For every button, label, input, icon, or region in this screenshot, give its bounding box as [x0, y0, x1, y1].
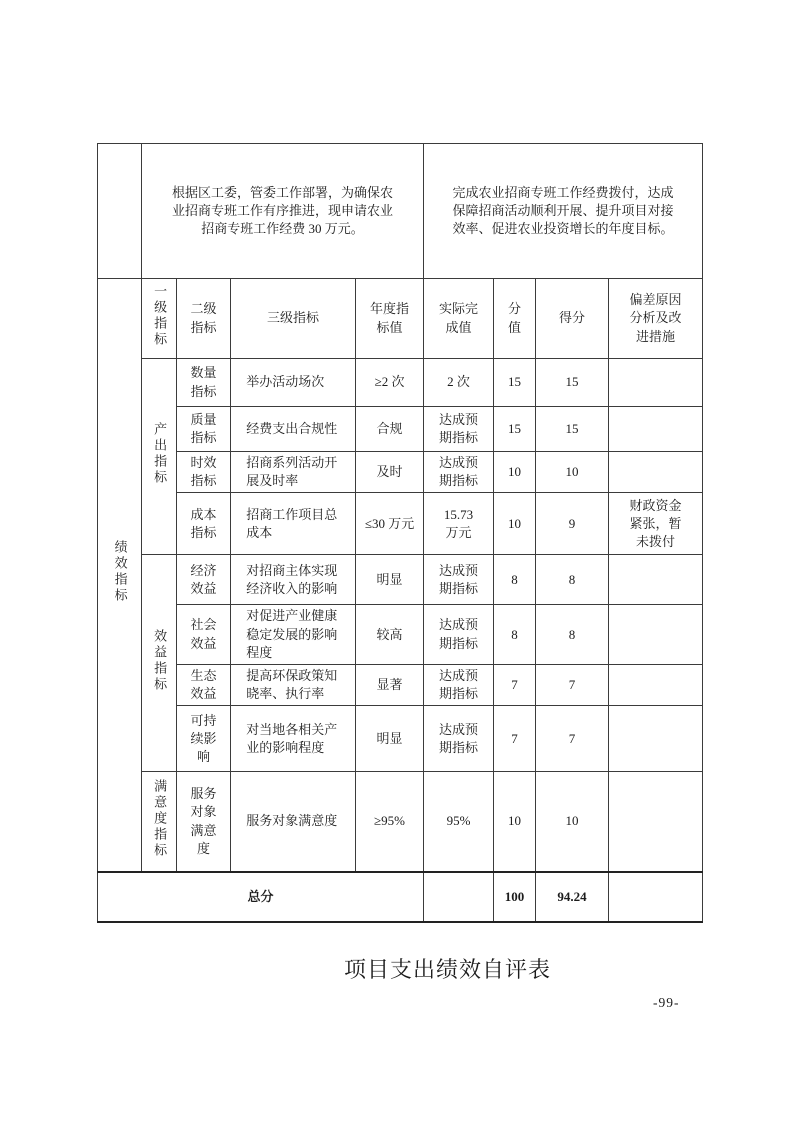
level3-cell: 提高环保政策知晓率、执行率: [231, 664, 356, 705]
actual-cell: 达成预期指标: [424, 555, 494, 605]
annual-goal-text: 完成农业招商专班工作经费拨付，达成保障招商活动顺利开展、提升项目对接效率、促进农…: [451, 184, 675, 239]
level3-cell: 招商系列活动开展及时率: [231, 452, 356, 493]
target-cell: ≤30 万元: [356, 493, 424, 555]
actual-cell: 达成预期指标: [424, 407, 494, 452]
indicator-row: 产出指标 数量指标 举办活动场次 ≥2 次 2 次 15 15: [98, 359, 703, 407]
total-actual-cell: [424, 872, 494, 922]
summary-left-spacer-cell: [98, 144, 142, 279]
target-cell: 显著: [356, 664, 424, 705]
score-cell: 10: [536, 772, 609, 872]
level3-cell: 对促进产业健康稳定发展的影响程度: [231, 605, 356, 665]
total-points-cell: 100: [494, 872, 536, 922]
deviation-cell: [609, 605, 703, 665]
points-cell: 8: [494, 555, 536, 605]
level2-cell: 生态效益: [177, 664, 231, 705]
points-cell: 10: [494, 452, 536, 493]
score-cell: 9: [536, 493, 609, 555]
level2-cell: 经济效益: [177, 555, 231, 605]
header-actual-completion: 实际完成值: [424, 279, 494, 359]
level2-cell: 数量指标: [177, 359, 231, 407]
level2-cell: 成本指标: [177, 493, 231, 555]
level3-cell: 对当地各相关产业的影响程度: [231, 706, 356, 772]
level2-cell: 服务对象满意度: [177, 772, 231, 872]
level3-cell: 举办活动场次: [231, 359, 356, 407]
header-level2: 二级指标: [177, 279, 231, 359]
target-cell: 较高: [356, 605, 424, 665]
deviation-cell: [609, 664, 703, 705]
summary-row: 根据区工委，管委工作部署，为确保农业招商专班工作有序推进，现申请农业招商专班工作…: [98, 144, 703, 279]
target-cell: ≥95%: [356, 772, 424, 872]
group-label-cell-benefit: 效益指标: [142, 555, 177, 772]
actual-cell: 95%: [424, 772, 494, 872]
indicator-row: 生态效益 提高环保政策知晓率、执行率 显著 达成预期指标 7 7: [98, 664, 703, 705]
deviation-cell: [609, 555, 703, 605]
project-overview-text: 根据区工委，管委工作部署，为确保农业招商专班工作有序推进，现申请农业招商专班工作…: [171, 184, 395, 239]
indicator-row: 满意度指标 服务对象满意度 服务对象满意度 ≥95% 95% 10 10: [98, 772, 703, 872]
performance-indicator-label-cell: 绩效指标: [98, 279, 142, 872]
deviation-cell: 财政资金紧张，暂未拨付: [609, 493, 703, 555]
score-cell: 8: [536, 555, 609, 605]
project-overview-cell: 根据区工委，管委工作部署，为确保农业招商专班工作有序推进，现申请农业招商专班工作…: [142, 144, 424, 279]
points-cell: 7: [494, 706, 536, 772]
header-annual-target: 年度指标值: [356, 279, 424, 359]
indicator-row: 时效指标 招商系列活动开展及时率 及时 达成预期指标 10 10: [98, 452, 703, 493]
actual-cell: 15.73 万元: [424, 493, 494, 555]
deviation-cell: [609, 359, 703, 407]
annual-goal-cell: 完成农业招商专班工作经费拨付，达成保障招商活动顺利开展、提升项目对接效率、促进农…: [424, 144, 703, 279]
level3-cell: 服务对象满意度: [231, 772, 356, 872]
indicator-row: 可持续影响 对当地各相关产业的影响程度 明显 达成预期指标 7 7: [98, 706, 703, 772]
total-deviation-cell: [609, 872, 703, 922]
total-label-cell: 总分: [98, 872, 424, 922]
performance-evaluation-table: 根据区工委，管委工作部署，为确保农业招商专班工作有序推进，现申请农业招商专班工作…: [97, 143, 703, 923]
actual-cell: 2 次: [424, 359, 494, 407]
points-cell: 10: [494, 772, 536, 872]
group-label-cell-satisfaction: 满意度指标: [142, 772, 177, 872]
page-title: 项目支出绩效自评表: [344, 953, 551, 984]
header-deviation: 偏差原因分析及改进措施: [609, 279, 703, 359]
points-cell: 15: [494, 359, 536, 407]
header-score: 得分: [536, 279, 609, 359]
deviation-cell: [609, 772, 703, 872]
level3-cell: 经费支出合规性: [231, 407, 356, 452]
target-cell: ≥2 次: [356, 359, 424, 407]
score-cell: 10: [536, 452, 609, 493]
indicator-row: 社会效益 对促进产业健康稳定发展的影响程度 较高 达成预期指标 8 8: [98, 605, 703, 665]
indicator-row: 效益指标 经济效益 对招商主体实现经济收入的影响 明显 达成预期指标 8 8: [98, 555, 703, 605]
evaluation-table-wrapper: 根据区工委，管委工作部署，为确保农业招商专班工作有序推进，现申请农业招商专班工作…: [97, 143, 703, 923]
level3-cell: 招商工作项目总成本: [231, 493, 356, 555]
header-points: 分值: [494, 279, 536, 359]
level2-cell: 可持续影响: [177, 706, 231, 772]
performance-indicator-label: 绩效指标: [110, 540, 128, 604]
group-label-cell-output: 产出指标: [142, 359, 177, 555]
score-cell: 7: [536, 706, 609, 772]
page-number: -99-: [653, 995, 680, 1011]
score-cell: 7: [536, 664, 609, 705]
score-cell: 8: [536, 605, 609, 665]
score-cell: 15: [536, 359, 609, 407]
actual-cell: 达成预期指标: [424, 706, 494, 772]
actual-cell: 达成预期指标: [424, 605, 494, 665]
score-cell: 15: [536, 407, 609, 452]
level2-cell: 时效指标: [177, 452, 231, 493]
actual-cell: 达成预期指标: [424, 452, 494, 493]
header-level1: 一级指标: [142, 279, 177, 359]
indicator-row: 质量指标 经费支出合规性 合规 达成预期指标 15 15: [98, 407, 703, 452]
document-page: 根据区工委，管委工作部署，为确保农业招商专班工作有序推进，现申请农业招商专班工作…: [0, 0, 794, 1122]
total-row: 总分 100 94.24: [98, 872, 703, 922]
target-cell: 明显: [356, 706, 424, 772]
points-cell: 10: [494, 493, 536, 555]
target-cell: 及时: [356, 452, 424, 493]
deviation-cell: [609, 452, 703, 493]
points-cell: 15: [494, 407, 536, 452]
deviation-cell: [609, 407, 703, 452]
header-row: 绩效指标 一级指标 二级指标 三级指标 年度指标值 实际完成值: [98, 279, 703, 359]
indicator-row: 成本指标 招商工作项目总成本 ≤30 万元 15.73 万元 10 9 财政资金…: [98, 493, 703, 555]
level3-cell: 对招商主体实现经济收入的影响: [231, 555, 356, 605]
header-level3: 三级指标: [231, 279, 356, 359]
level2-cell: 社会效益: [177, 605, 231, 665]
deviation-cell: [609, 706, 703, 772]
total-score-cell: 94.24: [536, 872, 609, 922]
points-cell: 7: [494, 664, 536, 705]
target-cell: 明显: [356, 555, 424, 605]
points-cell: 8: [494, 605, 536, 665]
actual-cell: 达成预期指标: [424, 664, 494, 705]
target-cell: 合规: [356, 407, 424, 452]
level2-cell: 质量指标: [177, 407, 231, 452]
